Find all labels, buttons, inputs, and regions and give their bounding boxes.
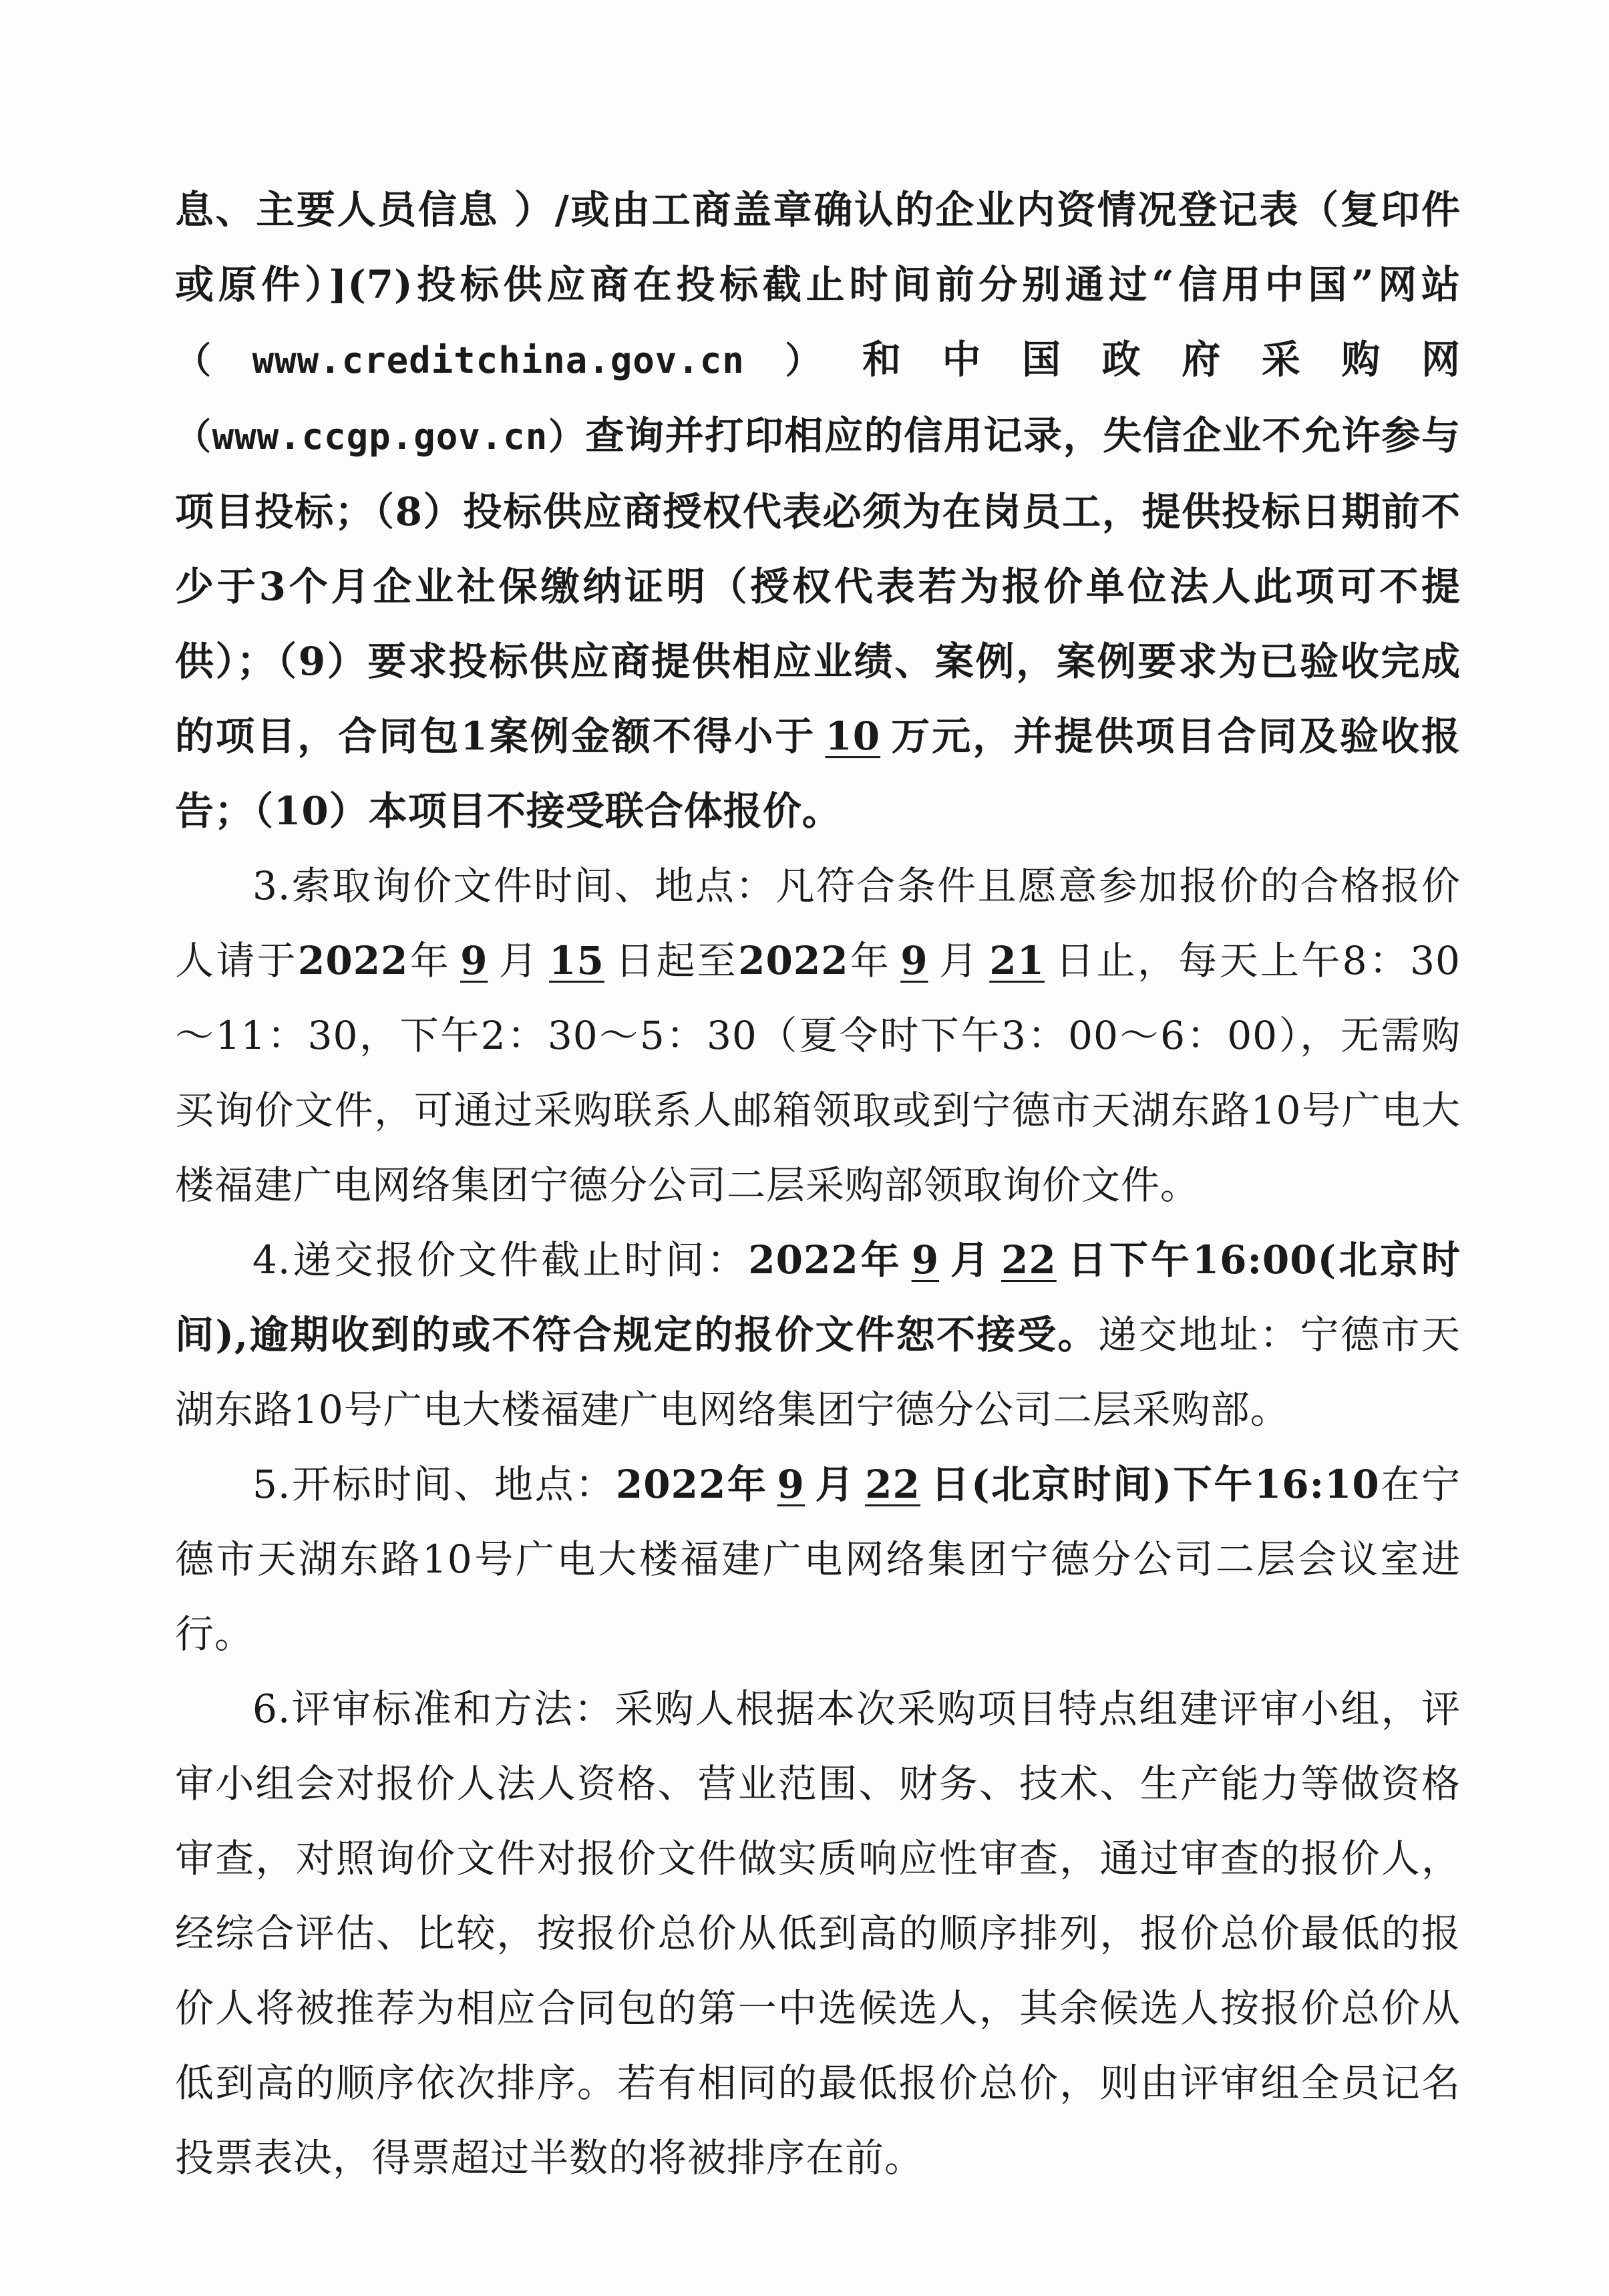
- year-label: 年: [408, 938, 451, 983]
- qualification-continuation: 息、主要人员信息 ）/或由工商盖章确认的企业内资情况登记表（复印件或原件）](7…: [175, 172, 1461, 848]
- end-month: 9: [891, 938, 937, 983]
- month-label: 月: [948, 1237, 992, 1283]
- opening-month: 9: [768, 1462, 814, 1507]
- ccgp-url: （www.ccgp.gov.cn）: [175, 416, 585, 458]
- end-day: 21: [980, 938, 1054, 983]
- opening-time: 日(北京时间)下午16:10: [930, 1462, 1380, 1507]
- requirement-text-8-9: 查询并打印相应的信用记录，失信企业不允许参与项目投标；（8）投标供应商授权代表必…: [175, 413, 1461, 759]
- ccgp-label: 和中国政府采购网: [862, 337, 1461, 382]
- year-label: 年: [849, 938, 892, 983]
- deadline-day: 22: [992, 1237, 1066, 1283]
- section-6-evaluation-method: 6.评审标准和方法：采购人根据本次采购项目特点组建评审小组，评审小组会对报价人法…: [175, 1671, 1461, 2195]
- section-4-prefix: 4.递交报价文件截止时间：: [252, 1237, 748, 1283]
- section-5-prefix: 5.开标时间、地点：: [252, 1462, 616, 1507]
- case-amount: 10: [816, 713, 890, 759]
- document-page: 息、主要人员信息 ）/或由工商盖章确认的企业内资情况登记表（复印件或原件）](7…: [175, 172, 1461, 2195]
- deadline-year: 2022: [748, 1237, 858, 1283]
- section-4-submission-deadline: 4.递交报价文件截止时间：2022年9月22日下午16:00(北京时间),逾期收…: [175, 1222, 1461, 1447]
- range-label: 日起至: [614, 938, 738, 983]
- year-label: 年: [859, 1237, 902, 1283]
- deadline-month: 9: [902, 1237, 948, 1283]
- creditchina-url: （www.creditchina.gov.cn）: [175, 339, 862, 381]
- opening-year: 2022: [616, 1462, 726, 1507]
- month-label: 月: [938, 938, 980, 983]
- opening-day: 22: [856, 1462, 930, 1507]
- year-label: 年: [726, 1462, 767, 1507]
- section-5-bid-opening: 5.开标时间、地点：2022年9月22日(北京时间)下午16:10在宁德市天湖东…: [175, 1447, 1461, 1671]
- month-label: 月: [814, 1462, 856, 1507]
- start-day: 15: [540, 938, 614, 983]
- requirement-text-7: 息、主要人员信息 ）/或由工商盖章确认的企业内资情况登记表（复印件或原件）](7…: [175, 187, 1461, 307]
- end-year: 2022: [738, 938, 848, 983]
- start-month: 9: [451, 938, 497, 983]
- month-label: 月: [497, 938, 540, 983]
- late-rejection-notice: 逾期收到的或不符合规定的报价文件恕不接受。: [248, 1312, 1098, 1357]
- start-year: 2022: [298, 938, 408, 983]
- section-3-obtain-documents: 3.索取询价文件时间、地点：凡符合条件且愿意参加报价的合格报价人请于2022年9…: [175, 848, 1461, 1222]
